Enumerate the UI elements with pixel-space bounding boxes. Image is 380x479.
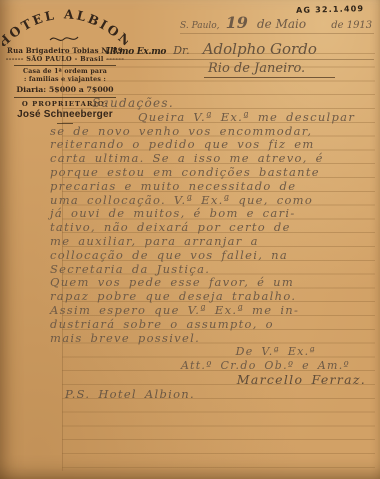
body-line: precarias e muito necessitado de [50,180,374,194]
addressee-city: Rio de Janeiro. [204,60,335,78]
addressee-name-line: Ill.mo Ex.mo Dr. Adolpho Gordo [106,39,374,60]
dateline-city: S. Paulo, [180,21,220,31]
closing-line: De V.ª Ex.ª [50,345,316,359]
dateline-year: de 1913 [331,20,372,31]
body-line: me auxiliar, para arranjar a [50,235,374,249]
greeting: Saudações. [92,97,374,111]
addressee-title: Dr. [173,44,189,57]
body-line: uma collocação. V.ª Ex.ª que, como [50,194,374,208]
body-line: Secretaria da Justiça. [50,263,374,277]
body-line: dustriará sobre o assumpto, o [50,318,374,332]
body-line: Quem vos pede esse favor, é um [50,276,374,290]
body-line: já ouvi de muitos, é bom e cari- [50,207,374,221]
letterhead-divider [14,65,116,66]
letter-body: Saudações. Queira V.ª Ex.ª me desculpar … [50,97,374,402]
body-line: mais breve possivel. [50,332,374,346]
letterhead-rates: Diaria: 5$000 a 7$000 [2,85,128,95]
body-line: Queira V.ª Ex.ª me desculpar [138,111,374,125]
addressee-honorifics: Ill.mo Ex.mo [106,47,166,57]
dateline-month: de Maio [257,17,306,31]
body-line: collocação de que vos fallei, na [50,249,374,263]
letter-page: AG 32.1.409 HOTEL ALBION Rua Brigadeiro … [0,0,380,479]
closing-line: Att.º Cr.do Ob.º e Am.º [50,359,350,373]
body-line: se de novo venho vos encommodar, [50,125,374,139]
postscript: P.S. Hotel Albion. [65,388,374,402]
body-line: rapaz pobre que deseja trabalho. [50,290,374,304]
signature: Marcello Ferraz. [50,373,366,387]
body-line: carta ultima. Se a isso me atrevo, é [50,152,374,166]
body-line: tativo, não deixará por certo de [50,221,374,235]
flourish-icon [50,37,78,40]
dateline: S. Paulo, 19 de Maio de 1913 [180,13,374,34]
body-line: reiterando o pedido que vos fiz em [50,138,374,152]
body-line: Assim espero que V.ª Ex.ª me in- [50,304,374,318]
body-line: porque estou em condições bastante [50,166,374,180]
dateline-day: 19 [226,13,248,32]
addressee-block: Ill.mo Ex.mo Dr. Adolpho Gordo Rio de Ja… [106,39,374,78]
addressee-name: Adolpho Gordo [203,40,317,58]
